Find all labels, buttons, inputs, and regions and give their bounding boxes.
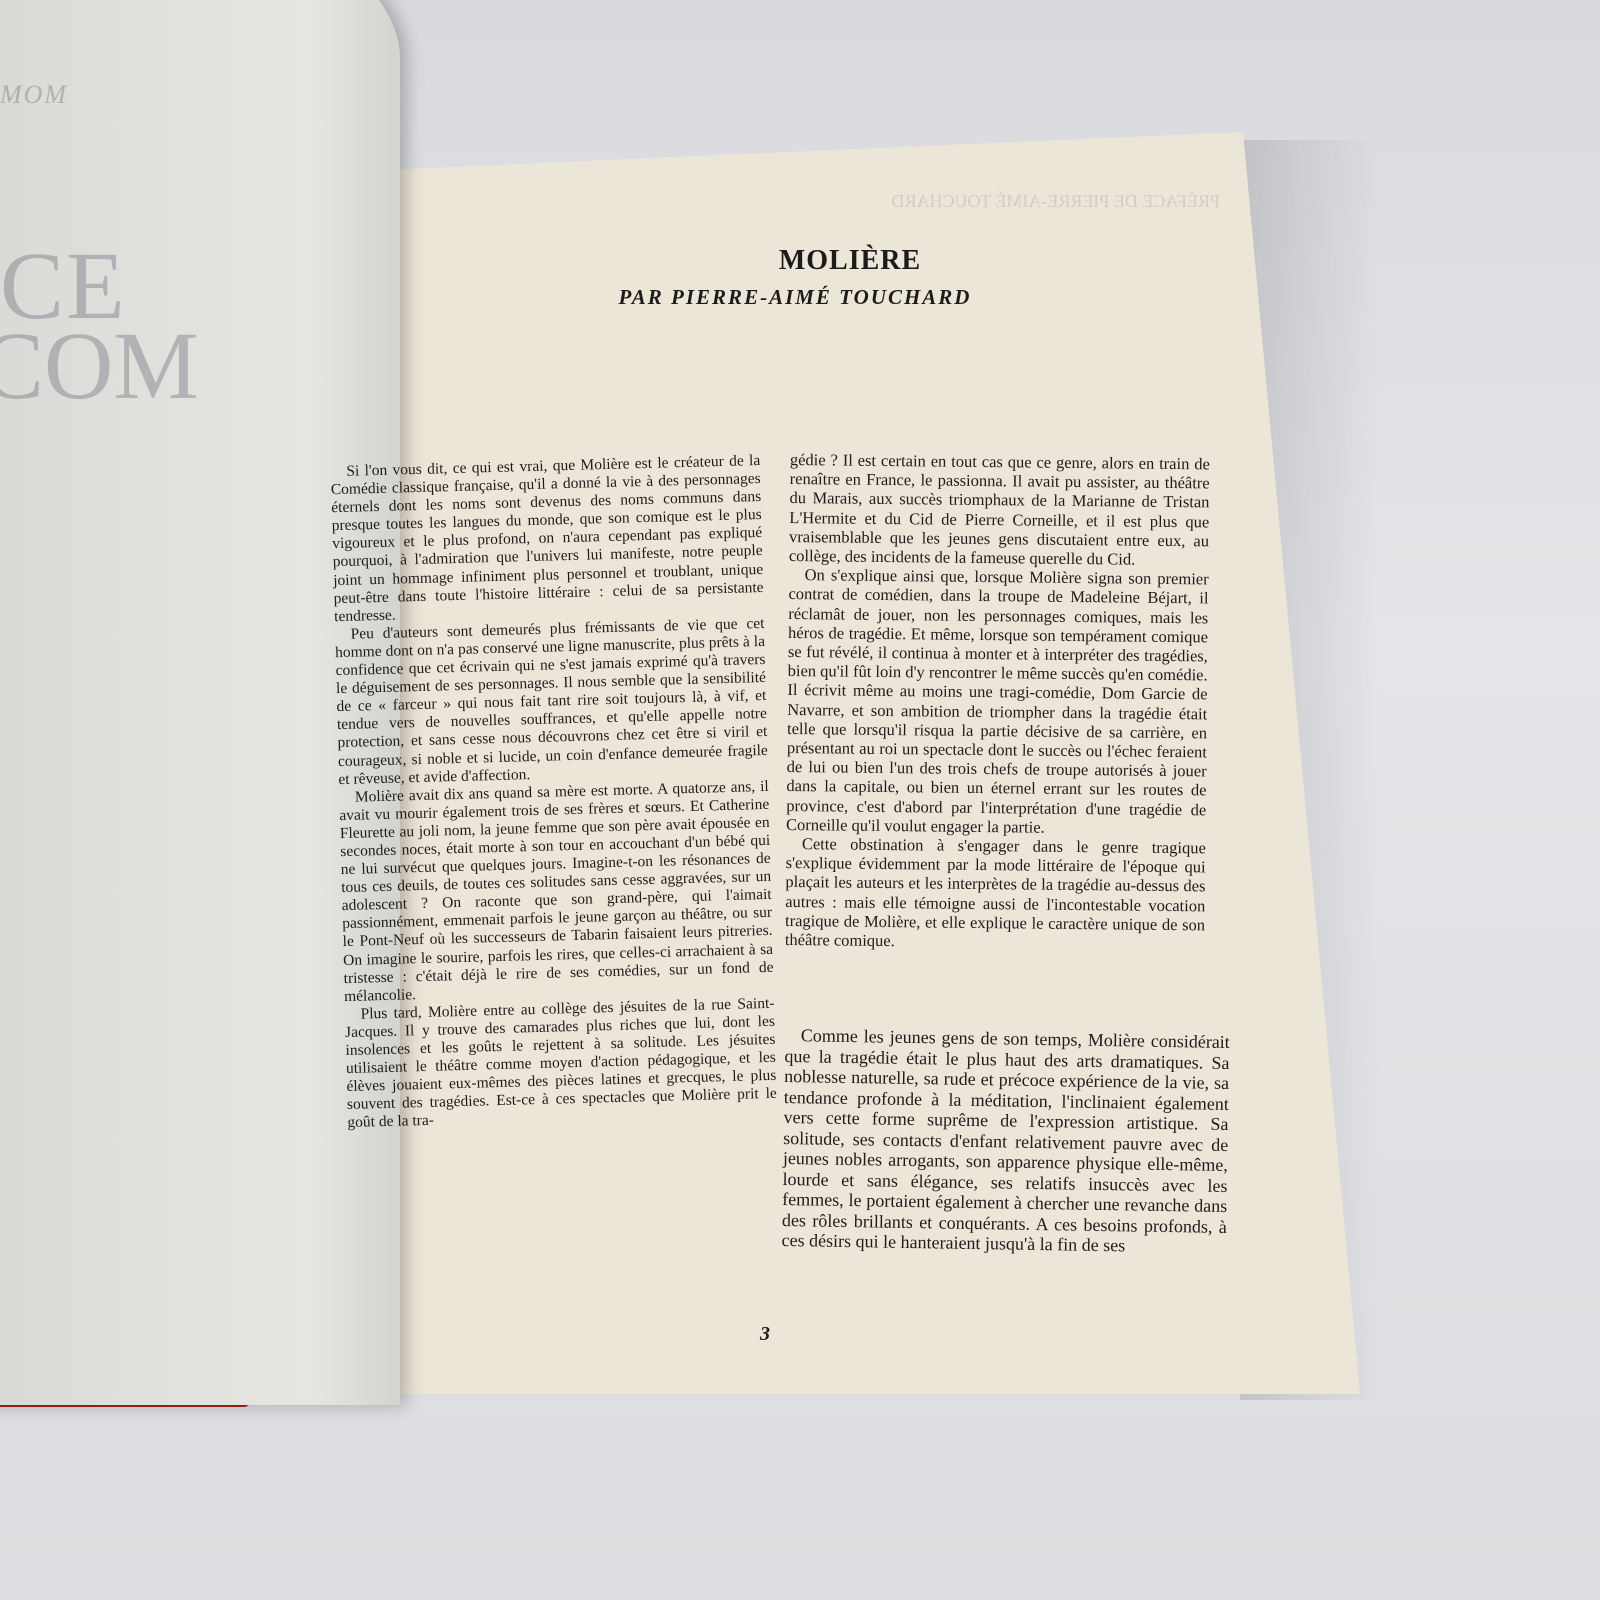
text-column-right: gédie ? Il est certain en tout cas que c… xyxy=(785,450,1210,954)
show-through-header: PRÉFACE DE PIERRE-AIMÉ TOUCHARD xyxy=(420,190,1220,212)
paragraph: Cette obstination à s'engager dans le ge… xyxy=(785,834,1206,954)
paragraph: Plus tard, Molière entre au collège des … xyxy=(344,995,777,1133)
show-through-text: PRÉFACE DE PIERRE-AIMÉ TOUCHARD xyxy=(420,190,1220,430)
paragraph: Molière avait dix ans quand sa mère est … xyxy=(339,778,775,1006)
paragraph: gédie ? Il est certain en tout cas que c… xyxy=(789,450,1210,570)
page-subtitle: PAR PIERRE-AIMÉ TOUCHARD xyxy=(595,285,995,310)
text-column-right-lower: Comme les jeunes gens de son temps, Moli… xyxy=(781,1025,1229,1257)
page-number: 3 xyxy=(760,1323,770,1346)
ghost-title-line-2: COM xyxy=(0,310,199,421)
paragraph: Si l'on vous dit, ce qui est vrai, que M… xyxy=(330,452,764,626)
paragraph: Comme les jeunes gens de son temps, Moli… xyxy=(781,1025,1229,1257)
paragraph: On s'explique ainsi que, lorsque Molière… xyxy=(786,565,1209,838)
text-column-left: Si l'on vous dit, ce qui est vrai, que M… xyxy=(330,452,777,1132)
paragraph: Peu d'auteurs sont demeurés plus frémiss… xyxy=(334,615,768,789)
page-title: MOLIÈRE xyxy=(700,245,1000,277)
ghost-header: MOM xyxy=(0,80,68,110)
